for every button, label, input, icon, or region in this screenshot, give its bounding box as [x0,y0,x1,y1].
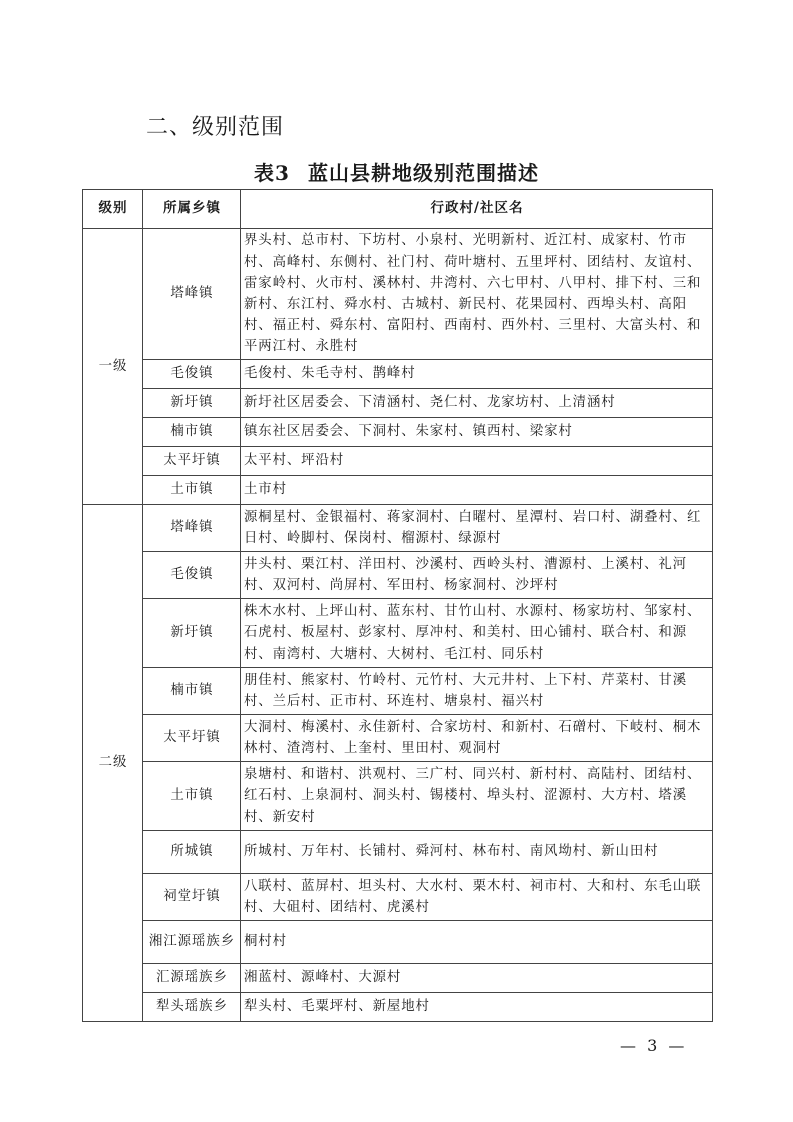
header-level: 级别 [83,190,143,229]
villages-cell: 井头村、栗江村、洋田村、沙溪村、西岭头村、漕源村、上溪村、礼河村、双河村、尚屏村… [241,552,713,599]
table-row: 祠堂圩镇 八联村、蓝屏村、坦头村、大水村、栗木村、祠市村、大和村、东毛山联村、大… [83,874,713,921]
villages-cell: 新圩社区居委会、下清涵村、尧仁村、龙家坊村、上清涵村 [241,389,713,418]
page-number: — 3 — [620,1036,687,1055]
town-cell: 楠市镇 [143,668,241,715]
villages-cell: 泉塘村、和谐村、洪观村、三广村、同兴村、新村村、高陆村、团结村、红石村、上泉洞村… [241,762,713,831]
town-cell: 楠市镇 [143,418,241,447]
villages-cell: 朋佳村、熊家村、竹岭村、元竹村、大元井村、上下村、芹菜村、甘溪村、兰后村、正市村… [241,668,713,715]
villages-cell: 株木水村、上坪山村、蓝东村、甘竹山村、水源村、杨家坊村、邹家村、石虎村、板屋村、… [241,599,713,668]
table-row: 楠市镇 朋佳村、熊家村、竹岭村、元竹村、大元井村、上下村、芹菜村、甘溪村、兰后村… [83,668,713,715]
header-town: 所属乡镇 [143,190,241,229]
town-cell: 塔峰镇 [143,229,241,360]
table-title: 表3蓝山县耕地级别范围描述 [0,157,793,186]
table-row: 土市镇 泉塘村、和谐村、洪观村、三广村、同兴村、新村村、高陆村、团结村、红石村、… [83,762,713,831]
table-row: 毛俊镇 毛俊村、朱毛寺村、鹊峰村 [83,360,713,389]
town-cell: 毛俊镇 [143,360,241,389]
table-row: 土市镇 土市村 [83,476,713,505]
town-cell: 土市镇 [143,762,241,831]
villages-cell: 土市村 [241,476,713,505]
level-cell: 一级 [83,229,143,505]
table-row: 一级 塔峰镇 界头村、总市村、下坊村、小泉村、光明新村、近江村、成家村、竹市村、… [83,229,713,360]
villages-cell: 所城村、万年村、长铺村、舜河村、林布村、南风坳村、新山田村 [241,831,713,874]
villages-cell: 镇东社区居委会、下洞村、朱家村、镇西村、梁家村 [241,418,713,447]
villages-cell: 八联村、蓝屏村、坦头村、大水村、栗木村、祠市村、大和村、东毛山联村、大砠村、团结… [241,874,713,921]
town-cell: 太平圩镇 [143,447,241,476]
table-row: 湘江源瑶族乡 桐村村 [83,921,713,964]
town-cell: 塔峰镇 [143,505,241,552]
villages-cell: 湘蓝村、源峰村、大源村 [241,964,713,993]
table-row: 所城镇 所城村、万年村、长铺村、舜河村、林布村、南风坳村、新山田村 [83,831,713,874]
villages-cell: 大洞村、梅溪村、永佳新村、合家坊村、和新村、石磳村、下岐村、桐木林村、渣湾村、上… [241,715,713,762]
villages-cell: 界头村、总市村、下坊村、小泉村、光明新村、近江村、成家村、竹市村、高峰村、东侧村… [241,229,713,360]
town-cell: 所城镇 [143,831,241,874]
villages-cell: 桐村村 [241,921,713,964]
villages-cell: 毛俊村、朱毛寺村、鹊峰村 [241,360,713,389]
table-row: 太平圩镇 太平村、坪沿村 [83,447,713,476]
town-cell: 犁头瑶族乡 [143,993,241,1022]
table-row: 新圩镇 株木水村、上坪山村、蓝东村、甘竹山村、水源村、杨家坊村、邹家村、石虎村、… [83,599,713,668]
table-row: 汇源瑶族乡 湘蓝村、源峰村、大源村 [83,964,713,993]
table-header-row: 级别 所属乡镇 行政村/社区名 [83,190,713,229]
town-cell: 毛俊镇 [143,552,241,599]
villages-cell: 源桐星村、金银福村、蒋家洞村、白曜村、星潭村、岩口村、湖叠村、红日村、岭脚村、保… [241,505,713,552]
level-cell: 二级 [83,505,143,1022]
header-villages: 行政村/社区名 [241,190,713,229]
table-title-text: 蓝山县耕地级别范围描述 [308,161,539,185]
table-row: 新圩镇 新圩社区居委会、下清涵村、尧仁村、龙家坊村、上清涵村 [83,389,713,418]
town-cell: 祠堂圩镇 [143,874,241,921]
town-cell: 湘江源瑶族乡 [143,921,241,964]
grade-range-table: 级别 所属乡镇 行政村/社区名 一级 塔峰镇 界头村、总市村、下坊村、小泉村、光… [82,189,713,1022]
table-row: 犁头瑶族乡 犁头村、毛粟坪村、新屋地村 [83,993,713,1022]
town-cell: 太平圩镇 [143,715,241,762]
section-heading: 二、级别范围 [146,110,284,141]
table-row: 太平圩镇 大洞村、梅溪村、永佳新村、合家坊村、和新村、石磳村、下岐村、桐木林村、… [83,715,713,762]
town-cell: 新圩镇 [143,599,241,668]
villages-cell: 太平村、坪沿村 [241,447,713,476]
town-cell: 汇源瑶族乡 [143,964,241,993]
table-row: 楠市镇 镇东社区居委会、下洞村、朱家村、镇西村、梁家村 [83,418,713,447]
table-row: 二级 塔峰镇 源桐星村、金银福村、蒋家洞村、白曜村、星潭村、岩口村、湖叠村、红日… [83,505,713,552]
town-cell: 土市镇 [143,476,241,505]
villages-cell: 犁头村、毛粟坪村、新屋地村 [241,993,713,1022]
town-cell: 新圩镇 [143,389,241,418]
table-row: 毛俊镇 井头村、栗江村、洋田村、沙溪村、西岭头村、漕源村、上溪村、礼河村、双河村… [83,552,713,599]
table-number: 表3 [254,161,290,185]
